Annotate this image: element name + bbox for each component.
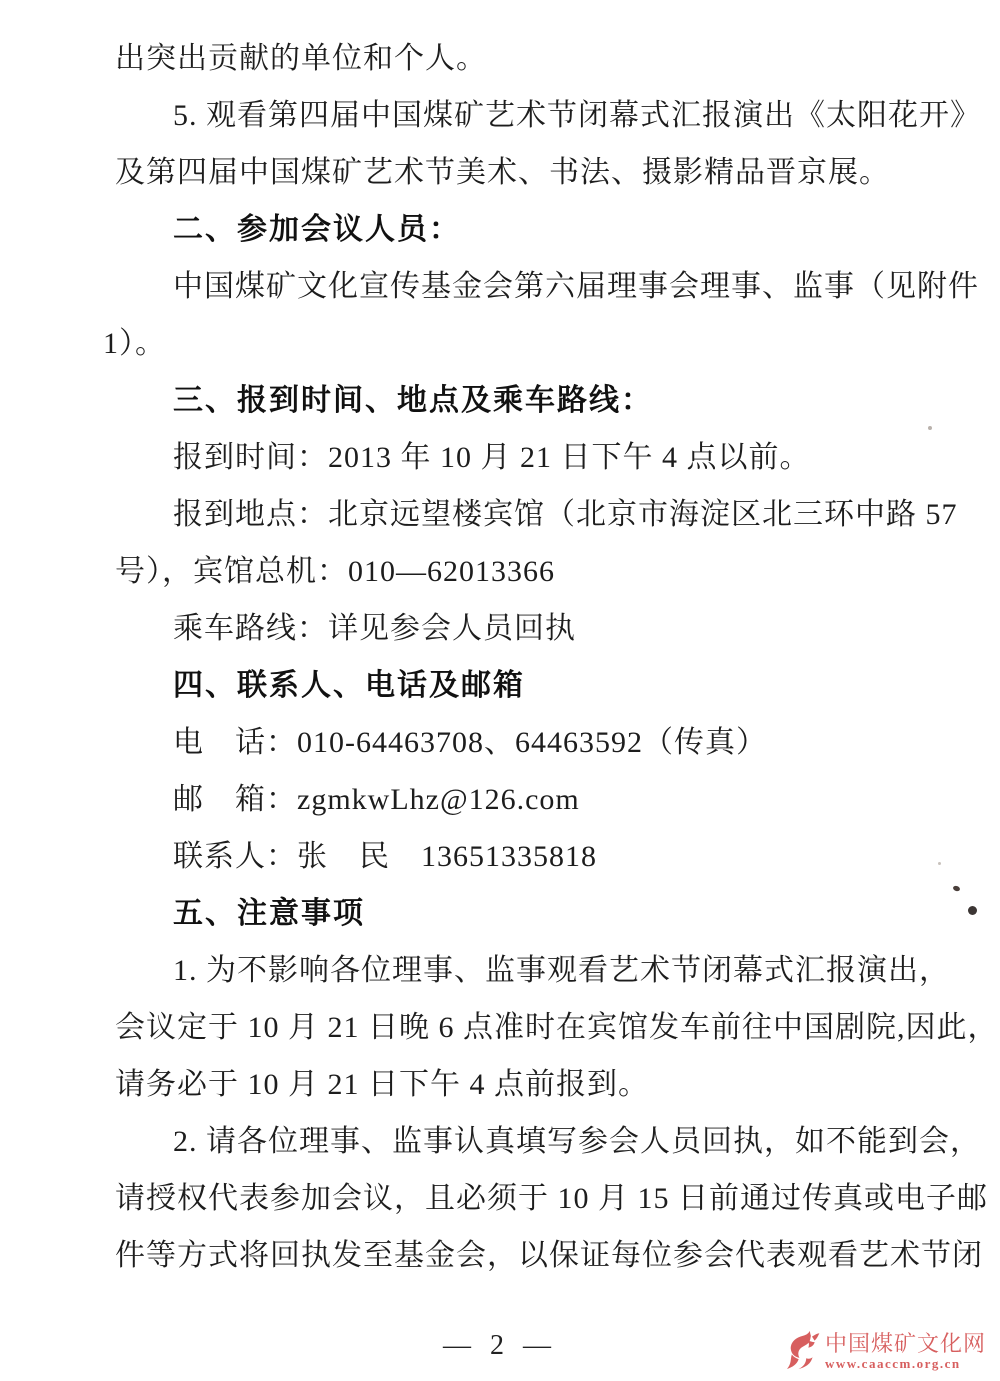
phoenix-icon xyxy=(780,1328,822,1374)
logo-text-block: 中国煤矿文化网 www.caaccm.org.cn xyxy=(825,1332,986,1371)
doc-line: 乘车路线：详见参会人员回执 xyxy=(115,600,915,657)
doc-line: 1. 为不影响各位理事、监事观看艺术节闭幕式汇报演出， xyxy=(115,942,915,999)
doc-line: 报到地点：北京远望楼宾馆（北京市海淀区北三环中路 57 xyxy=(115,486,915,543)
doc-line: 联系人：张 民 13651335818 xyxy=(115,828,915,885)
section-heading-4: 四、联系人、电话及邮箱 xyxy=(115,657,915,714)
doc-line: 中国煤矿文化宣传基金会第六届理事会理事、监事（见附件 xyxy=(115,258,915,315)
scan-artifact-dot xyxy=(968,906,977,915)
section-heading-5: 五、注意事项 xyxy=(115,885,915,942)
doc-line: 件等方式将回执发至基金会，以保证每位参会代表观看艺术节闭 xyxy=(115,1227,915,1284)
logo-site-name: 中国煤矿文化网 xyxy=(825,1332,986,1356)
doc-line: 1）。 xyxy=(103,315,915,372)
doc-line: 2. 请各位理事、监事认真填写参会人员回执，如不能到会， xyxy=(115,1113,915,1170)
doc-line: 邮 箱：zgmkwLhz@126.com xyxy=(115,771,915,828)
doc-line: 及第四届中国煤矿艺术节美术、书法、摄影精品晋京展。 xyxy=(115,144,915,201)
section-heading-3: 三、报到时间、地点及乘车路线： xyxy=(115,372,915,429)
section-heading-2: 二、参加会议人员： xyxy=(115,201,915,258)
document-body: 出突出贡献的单位和个人。 5. 观看第四届中国煤矿艺术节闭幕式汇报演出《太阳花开… xyxy=(115,30,915,1284)
site-logo: 中国煤矿文化网 www.caaccm.org.cn xyxy=(780,1328,986,1374)
scan-artifact-dot xyxy=(928,426,932,430)
logo-site-url: www.caaccm.org.cn xyxy=(825,1356,986,1371)
doc-line: 会议定于 10 月 21 日晚 6 点准时在宾馆发车前往中国剧院,因此， xyxy=(115,999,915,1056)
scanned-document-page: 出突出贡献的单位和个人。 5. 观看第四届中国煤矿艺术节闭幕式汇报演出《太阳花开… xyxy=(0,0,1000,1381)
doc-line: 出突出贡献的单位和个人。 xyxy=(115,30,915,87)
scan-artifact-dot xyxy=(938,862,941,865)
doc-line: 请务必于 10 月 21 日下午 4 点前报到。 xyxy=(115,1056,915,1113)
doc-line: 报到时间：2013 年 10 月 21 日下午 4 点以前。 xyxy=(115,429,915,486)
doc-line: 号），宾馆总机：010—62013366 xyxy=(115,543,915,600)
doc-line: 5. 观看第四届中国煤矿艺术节闭幕式汇报演出《太阳花开》 xyxy=(115,87,915,144)
doc-line: 电 话：010-64463708、64463592（传真） xyxy=(115,714,915,771)
scan-artifact-dot xyxy=(952,885,960,892)
doc-line: 请授权代表参加会议，且必须于 10 月 15 日前通过传真或电子邮 xyxy=(115,1170,915,1227)
